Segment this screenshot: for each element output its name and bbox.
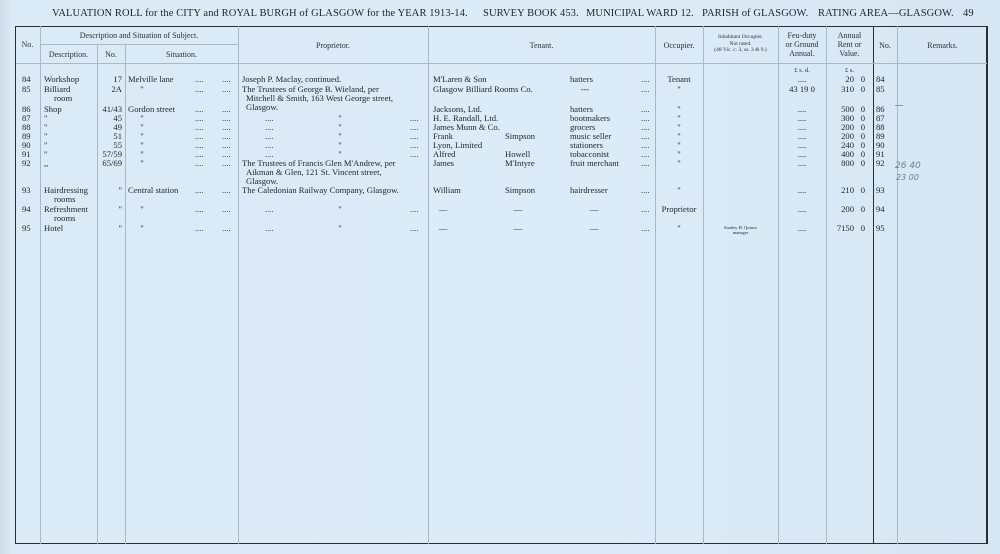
ditto-mark: " [330,224,350,233]
col-divider [655,26,656,544]
row-number-right: 93 [876,186,896,195]
col-header-feu: Feu-duty or Ground Annual. [778,31,826,58]
row-description: " [44,123,97,132]
dot-leader: .... [410,150,426,159]
row-feu-duty: .... [778,224,826,233]
row-feu-duty: .... [778,159,826,168]
dot-leader: .... [195,186,211,195]
row-occupier: " [655,186,703,195]
row-annual-rent-shillings: 0 [855,85,865,94]
row-description: " [44,150,97,159]
col-divider [40,26,41,544]
remark-dash [895,105,903,106]
dot-leader: .... [195,205,211,214]
row-description: " [44,141,97,150]
col-divider [238,26,239,544]
row-tenant-name: — [433,205,453,214]
col-header-no-right: No. [873,41,897,50]
dot-leader: .... [195,85,211,94]
dot-leader: .... [195,159,211,168]
parish: PARISH of GLASGOW. [702,8,808,19]
col-header-tenant: Tenant. [428,41,655,50]
roll-title: VALUATION ROLL for the CITY and ROYAL BU… [52,8,468,19]
dot-leader: .... [222,159,238,168]
row-occupier: Tenant [655,75,703,84]
row-street-number: 17 [97,75,122,84]
dot-leader: .... [641,186,655,195]
row-tenant-surname: — [508,224,528,233]
ditto-mark: " [330,205,350,214]
dot-leader: .... [195,224,211,233]
rating-area: RATING AREA—GLASGOW. [818,8,954,19]
row-annual-rent-shillings: 0 [855,224,865,233]
row-description: Workshop [44,75,97,84]
col-header-situation: Situation. [125,50,238,59]
col-divider [703,26,704,544]
dot-leader: .... [641,75,655,84]
row-situation: " [128,205,156,214]
municipal-ward: MUNICIPAL WARD 12. [586,8,694,19]
col-divider-bold [873,26,874,544]
handwritten-remark: 26 40 [895,161,921,171]
dot-leader: .... [641,159,655,168]
dot-leader: .... [265,205,281,214]
dot-leader: .... [641,224,655,233]
col-divider [826,26,827,544]
row-tenant-trade: hairdresser [570,186,650,195]
col-divider [778,26,779,544]
dot-leader: .... [222,186,238,195]
row-tenant-name: M'Laren & Son [433,75,563,84]
row-tenant-surname: — [508,205,528,214]
row-street-number: 65/69 [97,159,122,168]
row-proprietor: The Caledonian Railway Company, Glasgow. [242,186,428,195]
row-feu-duty: .... [778,75,826,84]
dot-leader: .... [222,75,238,84]
row-occupier: " [655,85,703,94]
header-divider [16,63,987,64]
row-occupier: " [655,159,703,168]
row-street-number: " [97,205,122,214]
col-header-no: No. [15,40,40,49]
row-number-right: 84 [876,75,896,84]
row-annual-rent-shillings: 0 [855,205,865,214]
row-tenant-trade: fruit merchant [570,159,650,168]
dot-leader: .... [410,205,426,214]
row-description: " [44,132,97,141]
feu-line-2: or Ground [778,40,826,49]
row-inhabitant: manager [703,230,778,235]
row-number-right: 95 [876,224,896,233]
row-annual-rent: 310 [826,85,854,94]
row-annual-rent: 20 [826,75,854,84]
row-feu-duty: .... [778,186,826,195]
row-annual-rent-shillings: 0 [855,159,865,168]
col-header-remarks: Remarks. [897,41,988,50]
col-header-occupier: Occupier. [655,41,703,50]
row-description-cont: rooms [54,214,97,223]
feu-line-3: Annual. [778,49,826,58]
inhabitant-line-3: (48 Vic. c. 3, ss. 3 & 9.) [703,47,778,54]
row-proprietor: Joseph P. Maclay, continued. [242,75,428,84]
row-number-right: 92 [876,159,896,168]
row-number: 94 [22,205,40,214]
dot-leader: .... [195,75,211,84]
row-description-cont: rooms [54,195,97,204]
valuation-roll-page: VALUATION ROLL for the CITY and ROYAL BU… [0,0,1000,554]
row-tenant-name: Glasgow Billiard Rooms Co. [433,85,563,94]
row-tenant-surname: Simpson [505,186,565,195]
row-description: Hotel [44,224,97,233]
row-description: ,, [44,159,97,168]
row-tenant-surname: M'Intyre [505,159,565,168]
dot-leader: .... [265,224,281,233]
row-description-cont: room [54,94,97,103]
survey-book: SURVEY BOOK 453. [483,8,579,19]
row-annual-rent-shillings: 0 [855,75,865,84]
handwritten-remark: 23 00 [896,173,919,183]
dot-leader: .... [410,224,426,233]
row-annual-rent: 800 [826,159,854,168]
row-tenant-trade: — [584,224,604,233]
row-tenant-trade: --- [565,85,605,94]
row-tenant-trade: — [584,205,604,214]
row-annual-rent: 210 [826,186,854,195]
row-annual-rent: 7150 [826,224,854,233]
row-tenant-trade: hatters [570,75,650,84]
annual-line-3: Value. [826,49,873,58]
row-annual-rent: 200 [826,205,854,214]
col-header-description: Description. [40,50,97,59]
row-street-number: 2A [97,85,122,94]
row-occupier: Proprietor [655,205,703,214]
feu-line-1: Feu-duty [778,31,826,40]
col-divider [897,26,898,544]
col-header-inhabitant: Inhabitant Occupier. Not rated. (48 Vic.… [703,34,778,54]
row-tenant-surname: Simpson [505,132,565,141]
row-situation: " [128,224,156,233]
row-number-right: 94 [876,205,896,214]
col-header-num: No. [97,50,125,59]
row-feu-duty: .... [778,205,826,214]
dot-leader: .... [641,85,655,94]
row-number: 93 [22,186,40,195]
col-divider [428,26,429,544]
dot-leader: .... [222,85,238,94]
row-tenant-name: — [433,224,453,233]
annual-line-1: Annual [826,31,873,40]
row-feu-duty: 43 19 0 [778,85,826,94]
row-number: 95 [22,224,40,233]
col-header-annual: Annual Rent or Value. [826,31,873,58]
row-number: 92 [22,159,40,168]
row-description: " [44,114,97,123]
row-proprietor-cont: Glasgow. [246,103,428,112]
row-situation: " [128,85,156,94]
dot-leader: .... [222,205,238,214]
row-situation: " [128,159,156,168]
col-header-proprietor: Proprietor. [238,41,428,50]
row-occupier: " [655,224,703,233]
col-header-group-desc: Description and Situation of Subject. [40,31,238,40]
row-annual-rent-shillings: 0 [855,186,865,195]
row-divider [40,44,238,45]
col-divider [125,45,126,544]
page-number: 49 [963,8,974,19]
dot-leader: .... [641,205,655,214]
row-street-number: " [97,224,122,233]
row-number-right: 85 [876,85,896,94]
row-number: 84 [22,75,40,84]
row-number: 85 [22,85,40,94]
dot-leader: .... [222,224,238,233]
row-description: Shop [44,105,97,114]
row-street-number: " [97,186,122,195]
annual-line-2: Rent or [826,40,873,49]
